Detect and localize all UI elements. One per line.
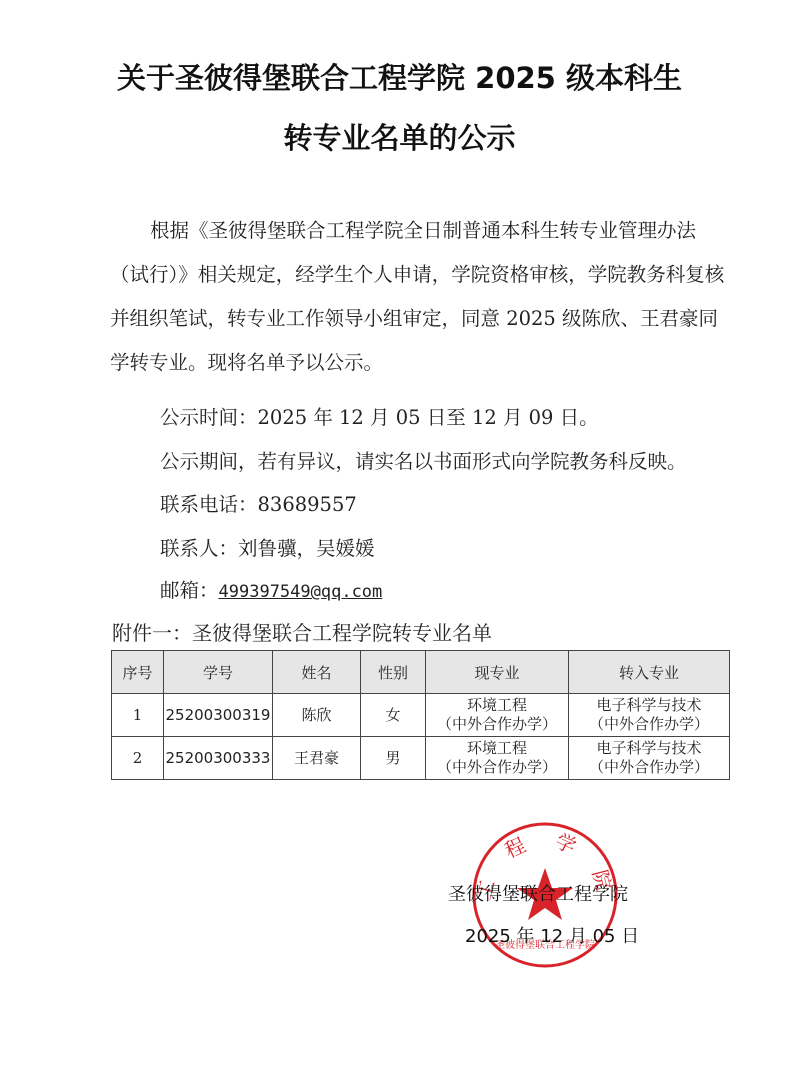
cell-no: 2 — [112, 737, 164, 780]
body-paragraph: 根据《圣彼得堡联合工程学院全日制普通本科生转专业管理办法（试行）》相关规定，经学… — [110, 209, 730, 385]
header-gender: 性别 — [361, 651, 426, 694]
signature-institution: 圣彼得堡联合工程学院 — [448, 880, 628, 906]
current-major-note: （中外合作办学） — [426, 715, 568, 734]
cell-current-major: 环境工程（中外合作办学） — [426, 694, 569, 737]
body-paragraph-text: 根据《圣彼得堡联合工程学院全日制普通本科生转专业管理办法（试行）》相关规定，经学… — [110, 219, 724, 374]
signature-date: 2025 年 12 月 05 日 — [465, 922, 639, 948]
cell-gender: 男 — [361, 737, 426, 780]
header-name: 姓名 — [273, 651, 361, 694]
current-major-note: （中外合作办学） — [426, 758, 568, 777]
transfer-list-table: 序号 学号 姓名 性别 现专业 转入专业 1 25200300319 陈欣 女 … — [111, 650, 730, 780]
new-major-note: （中外合作办学） — [569, 715, 729, 734]
table-header-row: 序号 学号 姓名 性别 现专业 转入专业 — [112, 651, 730, 694]
contact-email: 邮箱：499397549@qq.com — [160, 575, 382, 603]
contact-names: 刘鲁骥，吴媛媛 — [238, 537, 375, 560]
cell-name: 陈欣 — [273, 694, 361, 737]
header-no: 序号 — [112, 651, 164, 694]
table-row: 2 25200300333 王君豪 男 环境工程（中外合作办学） 电子科学与技术… — [112, 737, 730, 780]
document-title-line-1: 关于圣彼得堡联合工程学院 2025 级本科生 — [0, 56, 799, 97]
contact-persons: 联系人：刘鲁骥，吴媛媛 — [160, 533, 375, 561]
cell-name: 王君豪 — [273, 737, 361, 780]
objection-note: 公示期间，若有异议，请实名以书面形式向学院教务科反映。 — [160, 446, 687, 474]
cell-no: 1 — [112, 694, 164, 737]
cell-current-major: 环境工程（中外合作办学） — [426, 737, 569, 780]
notice-period: 公示时间：2025 年 12 月 05 日至 12 月 09 日。 — [160, 402, 599, 430]
new-major-text: 电子科学与技术 — [569, 739, 729, 758]
current-major-text: 环境工程 — [426, 696, 568, 715]
phone-label: 联系电话： — [160, 493, 258, 516]
attachment-title: 附件一：圣彼得堡联合工程学院转专业名单 — [112, 617, 492, 646]
document-title-line-2: 转专业名单的公示 — [0, 116, 799, 157]
phone-number: 83689557 — [258, 493, 357, 516]
email-link[interactable]: 499397549@qq.com — [219, 582, 383, 602]
contact-phone: 联系电话：83689557 — [160, 489, 357, 517]
contact-label: 联系人： — [160, 537, 238, 560]
table-row: 1 25200300319 陈欣 女 环境工程（中外合作办学） 电子科学与技术（… — [112, 694, 730, 737]
current-major-text: 环境工程 — [426, 739, 568, 758]
cell-gender: 女 — [361, 694, 426, 737]
header-current-major: 现专业 — [426, 651, 569, 694]
cell-student-id: 25200300319 — [164, 694, 273, 737]
new-major-note: （中外合作办学） — [569, 758, 729, 777]
header-new-major: 转入专业 — [569, 651, 730, 694]
new-major-text: 电子科学与技术 — [569, 696, 729, 715]
email-label: 邮箱： — [160, 579, 219, 602]
header-student-id: 学号 — [164, 651, 273, 694]
cell-student-id: 25200300333 — [164, 737, 273, 780]
cell-new-major: 电子科学与技术（中外合作办学） — [569, 737, 730, 780]
cell-new-major: 电子科学与技术（中外合作办学） — [569, 694, 730, 737]
